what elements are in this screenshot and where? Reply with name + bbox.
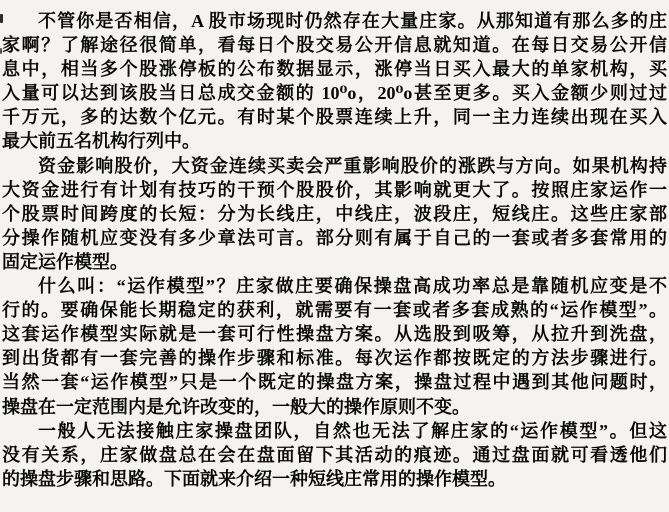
text-line: 到出货都有一套完善的操作步骤和标准。每次运作都按既定的方法步骤进行。	[2, 346, 667, 370]
text-line: 没有关系，庄家做盘总在会在盘面留下其活动的痕迹。通过盘面就可看透他们	[2, 443, 667, 467]
text-line: 行的。要确保能长期稳定的获利，就需要有一套或者多套成熟的“运作模型”。	[2, 298, 667, 322]
text-line: 个股票时间跨度的长短：分为长线庄，中线庄，波段庄，短线庄。这些庄家部	[2, 202, 667, 226]
paragraph: 资金影响股价，大资金连续买卖会严重影响股价的涨跌与方向。如果机构持 大资金进行有…	[2, 154, 667, 274]
text-line: 这套运作模型实际就是一套可行性操盘方案。从选股到吸筹，从拉升到洗盘，	[2, 322, 667, 346]
scan-artifact	[0, 14, 3, 23]
paragraph: 一般人无法接触庄家操盘团队，自然也无法了解庄家的“运作模型”。但这 没有关系，庄…	[2, 419, 667, 491]
scanned-document-page: 不管你是否相信，A 股市场现时仍然存在大量庄家。从那知道有那么多的庄 家啊？了解…	[0, 0, 669, 512]
text-line: 息中，相当多个股涨停板的公布数据显示，涨停当日买入最大的单家机构，买	[2, 57, 667, 81]
scan-artifact	[0, 48, 2, 54]
paragraph: 不管你是否相信，A 股市场现时仍然存在大量庄家。从那知道有那么多的庄 家啊？了解…	[2, 9, 667, 154]
text-line: 的操盘步骤和思路。下面就来介绍一种短线庄常用的操作模型。	[2, 467, 667, 491]
paragraph: 什么叫：“运作模型”？庄家做庄要确保操盘高成功率总是靠随机应变是不 行的。要确保…	[2, 274, 667, 419]
text-line: 固定运作模型。	[2, 250, 667, 274]
text-line: 家啊？了解途径很简单，看每日个股交易公开信息就知道。在每日交易公开信	[2, 33, 667, 57]
text-line: 入量可以达到该股当日总成交金额的 10⁰o，20⁰o甚至更多。买入金额少则过过	[2, 81, 667, 105]
text-line: 分操作随机应变没有多少章法可言。部分则有属于自己的一套或者多套常用的	[2, 226, 667, 250]
text-line: 操盘在一定范围内是允许改变的，一般大的操作原则不变。	[2, 395, 667, 419]
text-line: 一般人无法接触庄家操盘团队，自然也无法了解庄家的“运作模型”。但这	[2, 419, 667, 443]
text-line: 千万元，多的达数个亿元。有时某个股票连续上升，同一主力连续出现在买入	[2, 105, 667, 129]
text-line: 资金影响股价，大资金连续买卖会严重影响股价的涨跌与方向。如果机构持	[2, 154, 667, 178]
text-line: 最大前五名机构行列中。	[2, 129, 667, 153]
text-line: 当然一套“运作模型”只是一个既定的操盘方案，操盘过程中遇到其他问题时，	[2, 370, 667, 394]
text-line: 什么叫：“运作模型”？庄家做庄要确保操盘高成功率总是靠随机应变是不	[2, 274, 667, 298]
text-line: 不管你是否相信，A 股市场现时仍然存在大量庄家。从那知道有那么多的庄	[2, 9, 667, 33]
text-line: 大资金进行有计划有技巧的干预个股股价，其影响就更大了。按照庄家运作一	[2, 178, 667, 202]
